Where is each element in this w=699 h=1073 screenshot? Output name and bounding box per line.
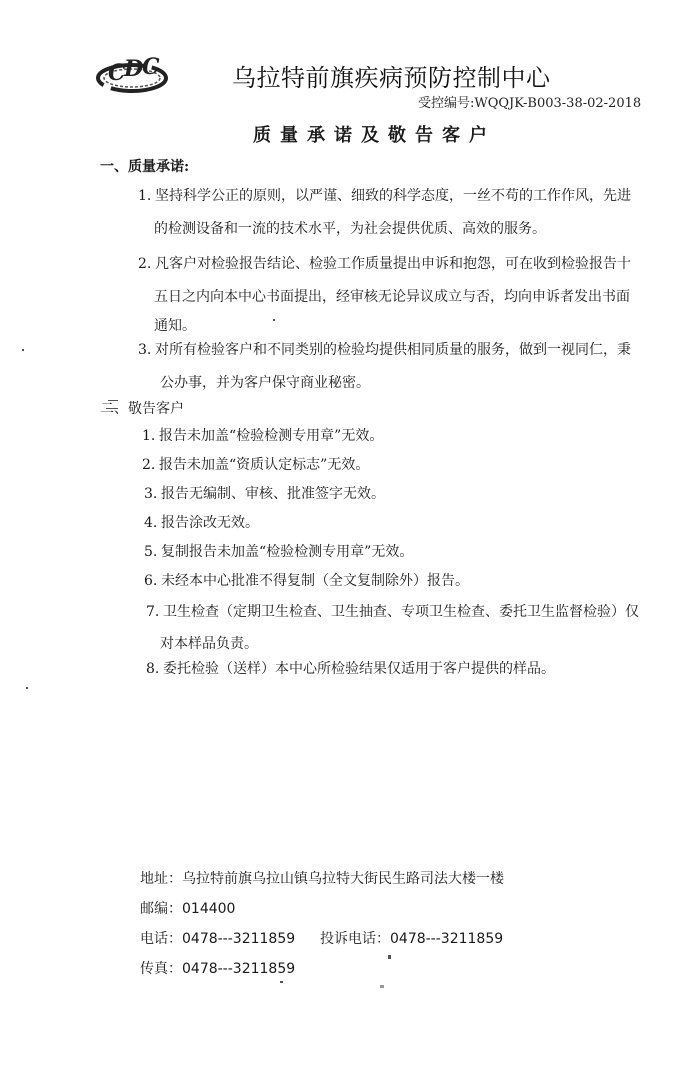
scan-speck xyxy=(388,955,391,959)
contact-fax: 传真：0478---3211859 xyxy=(140,958,295,978)
scan-speck xyxy=(106,408,118,409)
item-number: 3. xyxy=(144,480,161,509)
scan-speck xyxy=(22,349,24,351)
item-text: 未经本中心批准不得复制（全文复制除外）报告。 xyxy=(161,573,469,589)
contact-phone: 电话：0478---3211859 xyxy=(140,928,295,948)
cdc-logo-icon: C D C xyxy=(94,52,170,94)
item-number: 2. xyxy=(142,451,159,480)
customer-notice-item-5: 5.复制报告未加盖“检验检测专用章”无效。 xyxy=(144,538,413,567)
customer-notice-item-3: 3.报告无编制、审核、批准签字无效。 xyxy=(144,480,385,509)
address-label: 地址： xyxy=(140,871,182,887)
item-number: 4. xyxy=(144,509,161,538)
customer-notice-item-6: 6.未经本中心批准不得复制（全文复制除外）报告。 xyxy=(144,567,469,596)
item-number: 1. xyxy=(142,422,159,451)
customer-notice-item-4: 4.报告涂改无效。 xyxy=(144,509,259,538)
contact-complaint-phone: 投诉电话：0478---3211859 xyxy=(320,928,503,948)
customer-notice-item-2: 2.报告未加盖“资质认定标志”无效。 xyxy=(142,451,369,480)
item-text: 卫生检查（定期卫生检查、卫生抽查、专项卫生检查、委托卫生监督检验）仅 xyxy=(163,604,639,620)
item-number: 3. xyxy=(138,336,155,365)
item-number: 1. xyxy=(138,182,155,211)
scan-speck xyxy=(108,400,118,401)
customer-notice-item-1: 1.报告未加盖“检验检测专用章”无效。 xyxy=(142,422,383,451)
complaint-phone-value: 0478---3211859 xyxy=(390,931,503,947)
item-number: 6. xyxy=(144,567,161,596)
item-text-continued: 对本样品负责。 xyxy=(160,633,258,653)
phone-label: 电话： xyxy=(140,931,182,947)
customer-notice-item-8: 8.委托检验（送样）本中心所检验结果仅适用于客户提供的样品。 xyxy=(146,655,555,684)
organization-name: 乌拉特前旗疾病预防控制中心 xyxy=(232,58,551,93)
item-text: 对所有检验客户和不同类别的检验均提供相同质量的服务，做到一视同仁，秉 xyxy=(155,342,631,358)
item-number: 8. xyxy=(146,655,163,684)
contact-postcode: 邮编：014400 xyxy=(140,898,235,918)
postcode-value: 014400 xyxy=(182,901,235,917)
fax-value: 0478---3211859 xyxy=(182,961,295,977)
item-text: 报告未加盖“资质认定标志”无效。 xyxy=(159,457,369,473)
document-page: C D C 乌拉特前旗疾病预防控制中心 受控编号:WQQJK-B003-38-0… xyxy=(0,0,699,1073)
phone-value: 0478---3211859 xyxy=(182,931,295,947)
item-text: 报告涂改无效。 xyxy=(161,515,259,531)
contact-address: 地址：乌拉特前旗乌拉山镇乌拉特大街民生路司法大楼一楼 xyxy=(140,868,504,888)
item-text: 报告未加盖“检验检测专用章”无效。 xyxy=(159,428,383,444)
item-number: 2. xyxy=(138,250,155,279)
complaint-phone-label: 投诉电话： xyxy=(320,931,390,947)
scan-speck xyxy=(273,319,275,321)
item-text-continued: 五日之内向本中心书面提出，经审核无论异议成立与否，均向申诉者发出书面 xyxy=(154,286,630,306)
document-title: 质量承诺及敬告客户 xyxy=(0,121,699,147)
cdc-logo: C D C xyxy=(94,52,170,94)
item-number: 7. xyxy=(146,598,163,627)
item-text: 坚持科学公正的原则，以严谨、细致的科学态度，一丝不苟的工作作风，先进 xyxy=(155,188,631,204)
item-text: 报告无编制、审核、批准签字无效。 xyxy=(161,486,385,502)
scan-speck xyxy=(380,985,384,988)
item-text-continued: 的检测设备和一流的技术水平，为社会提供优质、高效的服务。 xyxy=(154,218,546,238)
item-text: 复制报告未加盖“检验检测专用章”无效。 xyxy=(161,544,413,560)
item-text: 委托检验（送样）本中心所检验结果仅适用于客户提供的样品。 xyxy=(163,661,555,677)
section-heading-quality-promise: 一、质量承诺: xyxy=(100,156,189,176)
svg-text:D: D xyxy=(123,56,143,82)
scan-speck xyxy=(280,981,283,983)
address-value: 乌拉特前旗乌拉山镇乌拉特大街民生路司法大楼一楼 xyxy=(182,871,504,887)
scan-speck xyxy=(26,687,28,689)
fax-label: 传真： xyxy=(140,961,182,977)
item-text-continued: 通知。 xyxy=(154,315,196,335)
item-number: 5. xyxy=(144,538,161,567)
svg-text:C: C xyxy=(142,54,160,80)
item-text: 凡客户对检验报告结论、检验工作质量提出申诉和抱怨，可在收到检验报告十 xyxy=(155,256,631,272)
document-control-number: 受控编号:WQQJK-B003-38-02-2018 xyxy=(418,92,641,111)
item-text-continued: 公办事，并为客户保守商业秘密。 xyxy=(160,372,370,392)
postcode-label: 邮编： xyxy=(140,901,182,917)
